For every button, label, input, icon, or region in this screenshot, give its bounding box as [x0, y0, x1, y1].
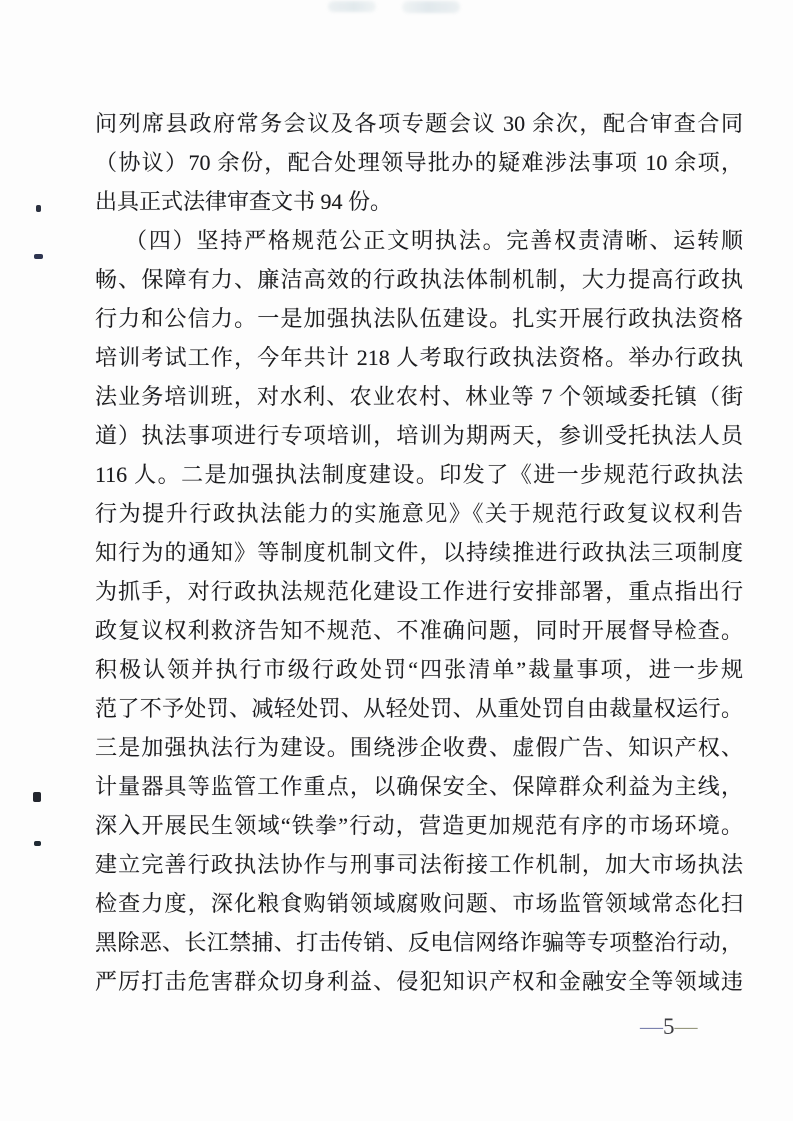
text-line: 积极认领并执行市级行政处罚“四张清单”裁量事项，进一步规	[95, 650, 743, 689]
text-line: 116 人。二是加强执法制度建设。印发了《进一步规范行政执法	[95, 455, 743, 494]
text-line: 黑除恶、长江禁捕、打击传销、反电信网络诈骗等专项整治行动，	[95, 923, 743, 962]
scan-smudge-left	[328, 1, 376, 12]
text-line: 范了不予处罚、减轻处罚、从轻处罚、从重处罚自由裁量权运行。	[95, 689, 743, 728]
scan-artifact-speck	[34, 254, 43, 259]
page-number-value: 5	[663, 1014, 675, 1039]
text-line: 政复议权利救济告知不规范、不准确问题，同时开展督导检查。	[95, 611, 743, 650]
scan-smudge-right	[402, 1, 460, 13]
text-line: 三是加强执法行为建设。围绕涉企收费、虚假广告、知识产权、	[95, 728, 743, 767]
text-line: 培训考试工作，今年共计 218 人考取行政执法资格。举办行政执	[95, 338, 743, 377]
text-line: 道）执法事项进行专项培训，培训为期两天，参训受托执法人员	[95, 416, 743, 455]
page-number-dash-right: —	[675, 1014, 698, 1039]
text-line: 法业务培训班，对水利、农业农村、林业等 7 个领域委托镇（街	[95, 377, 743, 416]
text-line: 行力和公信力。一是加强执法队伍建设。扎实开展行政执法资格	[95, 299, 743, 338]
text-line: 问列席县政府常务会议及各项专题会议 30 余次，配合审查合同	[95, 104, 743, 143]
text-line: （协议）70 余份，配合处理领导批办的疑难涉法事项 10 余项，	[95, 143, 743, 182]
text-line: （四）坚持严格规范公正文明执法。完善权责清晰、运转顺	[95, 221, 743, 260]
scan-artifact-speck	[33, 792, 41, 802]
page-number: —5—	[640, 1012, 698, 1042]
text-line: 知行为的通知》等制度机制文件，以持续推进行政执法三项制度	[95, 533, 743, 572]
text-line: 行为提升行政执法能力的实施意见》《关于规范行政复议权利告	[95, 494, 743, 533]
text-line: 严厉打击危害群众切身利益、侵犯知识产权和金融安全等领域违	[95, 962, 743, 1001]
text-line: 深入开展民生领域“铁拳”行动，营造更加规范有序的市场环境。	[95, 806, 743, 845]
text-line: 建立完善行政执法协作与刑事司法衔接工作机制，加大市场执法	[95, 845, 743, 884]
text-line: 为抓手，对行政执法规范化建设工作进行安排部署，重点指出行	[95, 572, 743, 611]
page-number-dash-left: —	[640, 1014, 663, 1039]
text-line: 计量器具等监管工作重点，以确保安全、保障群众利益为主线，	[95, 767, 743, 806]
document-page: 问列席县政府常务会议及各项专题会议 30 余次，配合审查合同（协议）70 余份，…	[0, 0, 793, 1121]
scan-artifact-speck	[36, 205, 41, 212]
text-line: 检查力度，深化粮食购销领域腐败问题、市场监管领域常态化扫	[95, 884, 743, 923]
document-body: 问列席县政府常务会议及各项专题会议 30 余次，配合审查合同（协议）70 余份，…	[95, 104, 743, 1001]
text-line: 出具正式法律审查文书 94 份。	[95, 182, 743, 221]
scan-artifact-speck	[34, 841, 41, 846]
text-line: 畅、保障有力、廉洁高效的行政执法体制机制，大力提高行政执	[95, 260, 743, 299]
